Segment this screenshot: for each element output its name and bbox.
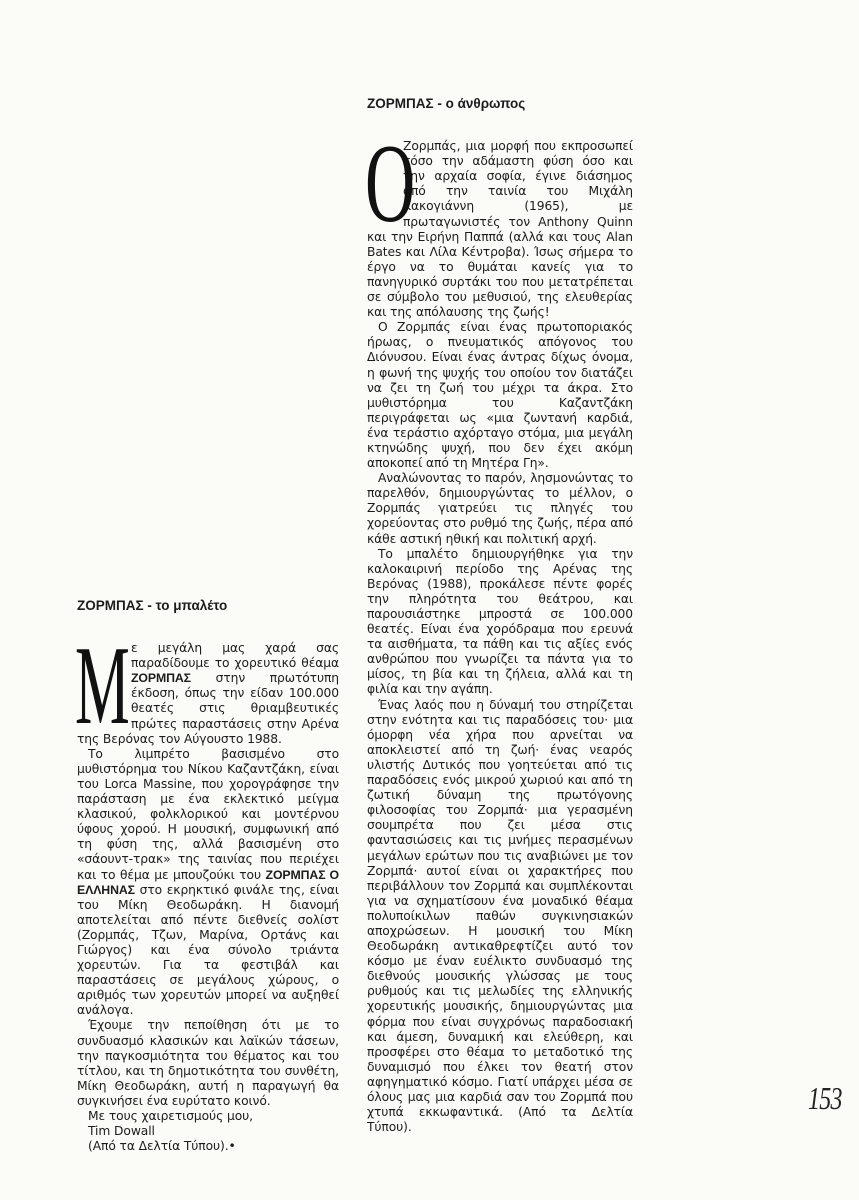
drop-cap: Μ	[75, 643, 100, 730]
paragraph-text: Το λιμπρέτο βασισμένο στο μυθιστόρημα το…	[77, 747, 339, 882]
article-paragraph: Έχουμε την πεποίθηση ότι με το συνδυασμό…	[77, 1018, 339, 1109]
article-paragraph: ΟΖορμπάς, μια μορφή που εκπροσωπεί τόσο …	[367, 139, 633, 320]
article-paragraph: Αναλώνοντας το παρόν, λησμονώντας το παρ…	[367, 471, 633, 546]
article-paragraph: Το μπαλέτο δημιουργήθηκε για την καλοκαι…	[367, 547, 633, 698]
article-paragraph: Ένας λαός που η δύναμή του στηρίζεται στ…	[367, 698, 633, 1136]
article-heading: ΖΟΡΜΠΑΣ - ο άνθρωπος	[367, 96, 633, 111]
article-paragraph: Το λιμπρέτο βασισμένο στο μυθιστόρημα το…	[77, 747, 339, 1019]
paragraph-text: ε μεγάλη μας χαρά σας παραδίδουμε το χορ…	[131, 641, 339, 670]
paragraph-text: στο εκρηκτικό φινάλε της, είναι του Μίκη…	[77, 883, 339, 1018]
drop-cap: Ο	[365, 141, 382, 228]
article-paragraph: Με μεγάλη μας χαρά σας παραδίδουμε το χο…	[77, 641, 339, 747]
page-number: 153	[808, 1080, 842, 1117]
signature-source: (Από τα Δελτία Τύπου).•	[77, 1139, 339, 1154]
article-heading: ΖΟΡΜΠΑΣ - το μπαλέτο	[77, 598, 339, 613]
article-baleto: ΖΟΡΜΠΑΣ - το μπαλέτο Με μεγάλη μας χαρά …	[77, 598, 339, 1154]
signature-closing: Με τους χαιρετισμούς μου,	[77, 1109, 339, 1124]
article-paragraph: Ο Ζορμπάς είναι ένας πρωτοποριακός ήρωας…	[367, 320, 633, 471]
bold-title: ΖΟΡΜΠΑΣ	[131, 671, 191, 685]
signature-name: Tim Dowall	[77, 1124, 339, 1139]
article-anthropos: ΖΟΡΜΠΑΣ - ο άνθρωπος ΟΖορμπάς, μια μορφή…	[367, 96, 633, 1135]
